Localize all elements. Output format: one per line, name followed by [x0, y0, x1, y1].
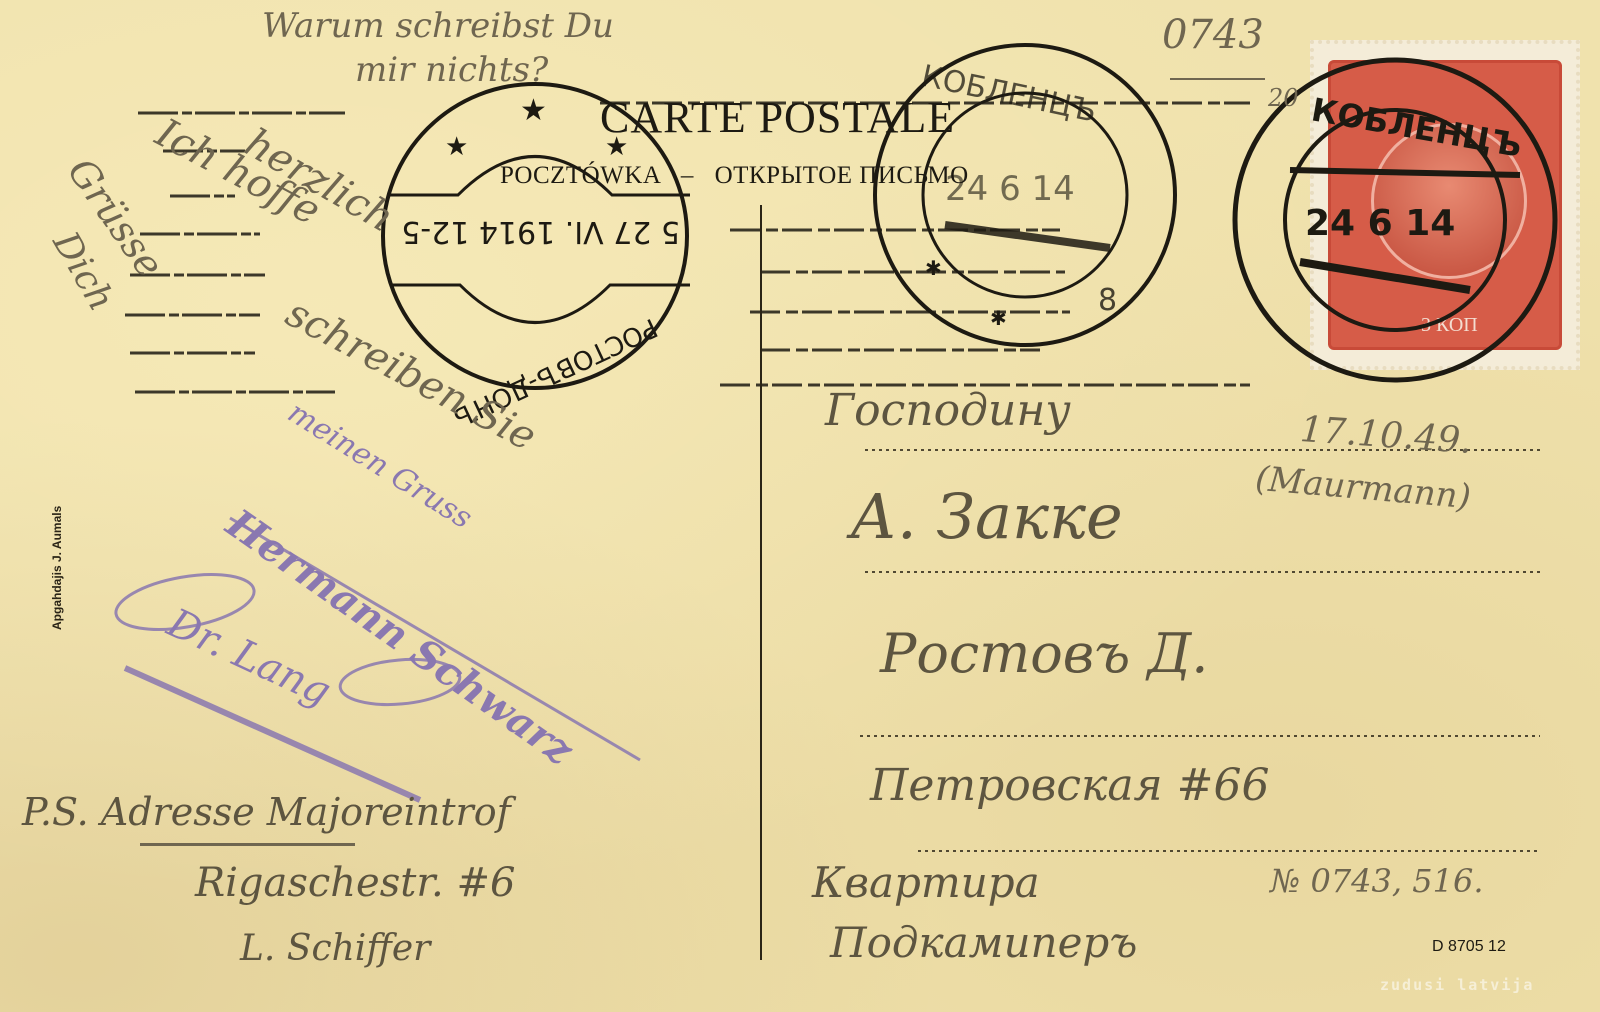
subtitle-dash: –: [681, 162, 694, 189]
message-top-line2: mir nichts?: [355, 50, 548, 90]
ps-signature: L. Schiffer: [240, 928, 430, 969]
violet-text-3: Dr. Lang: [161, 600, 338, 715]
ps-address: Rigaschestr. #6: [195, 860, 515, 906]
small-mark: 20: [1268, 84, 1299, 112]
archive-note-number: № 0743, 516.: [1270, 862, 1483, 900]
addressee-line-3: Ростовъ Д.: [880, 622, 1208, 685]
ps-line: P.S. Adresse Majoreintrof: [22, 790, 511, 834]
svg-text:✱: ✱: [925, 256, 942, 280]
postcard: ★ ★ ★ 5 27 VI. 1914 12-5 РОСТОВЪ-ДОНЪ КО…: [0, 0, 1600, 1012]
archive-number: 0743: [1162, 12, 1264, 58]
watermark: zudusi latvija: [1380, 976, 1534, 994]
title-carte-postale: CARTE POSTALE: [600, 92, 955, 143]
svg-text:✱: ✱: [990, 306, 1007, 330]
subtitle: POCZTÓWKA – ОТКРЫТОЕ ПИСЬМО: [500, 162, 969, 190]
svg-text:★: ★: [520, 93, 547, 128]
message-top-line1: Warum schreibst Du: [262, 6, 614, 46]
subtitle-russian: ОТКРЫТОЕ ПИСЬМО: [715, 162, 969, 189]
ps-underline: [140, 843, 355, 846]
violet-text-2: Hermann Schwarz: [218, 500, 582, 774]
publisher-imprint: Apgahdajis J. Aumals: [50, 506, 64, 630]
center-divider: [760, 205, 762, 960]
archive-number-underline: [1170, 78, 1265, 80]
rostov-postmark-date: 5 27 VI. 1914 12-5: [401, 214, 680, 249]
stamp-value-label: 3 КОП: [1421, 314, 1478, 337]
addressee-line-6: Подкамиперъ: [830, 918, 1137, 967]
koblenz-left-suffix: 8: [1098, 283, 1117, 318]
svg-text:★: ★: [445, 132, 468, 162]
addressee-line-4: Петровская #66: [870, 760, 1270, 811]
addressee-line-1: Господину: [825, 385, 1071, 436]
stamp-frame: 3 КОП: [1328, 60, 1562, 350]
koblenz-postmark-left: [875, 45, 1175, 345]
archive-note-name: (Maurmann): [1254, 459, 1473, 518]
print-code: D 8705 12: [1432, 938, 1506, 956]
addressee-line-2: А. Закке: [850, 480, 1123, 553]
addressee-line-5: Квартира: [812, 858, 1040, 907]
stamp-portrait: [1371, 123, 1527, 279]
archive-note-date: 17.10.49.: [1299, 409, 1473, 462]
postage-stamp: 3 КОП: [1310, 40, 1580, 370]
subtitle-polish: POCZTÓWKA: [500, 162, 660, 189]
